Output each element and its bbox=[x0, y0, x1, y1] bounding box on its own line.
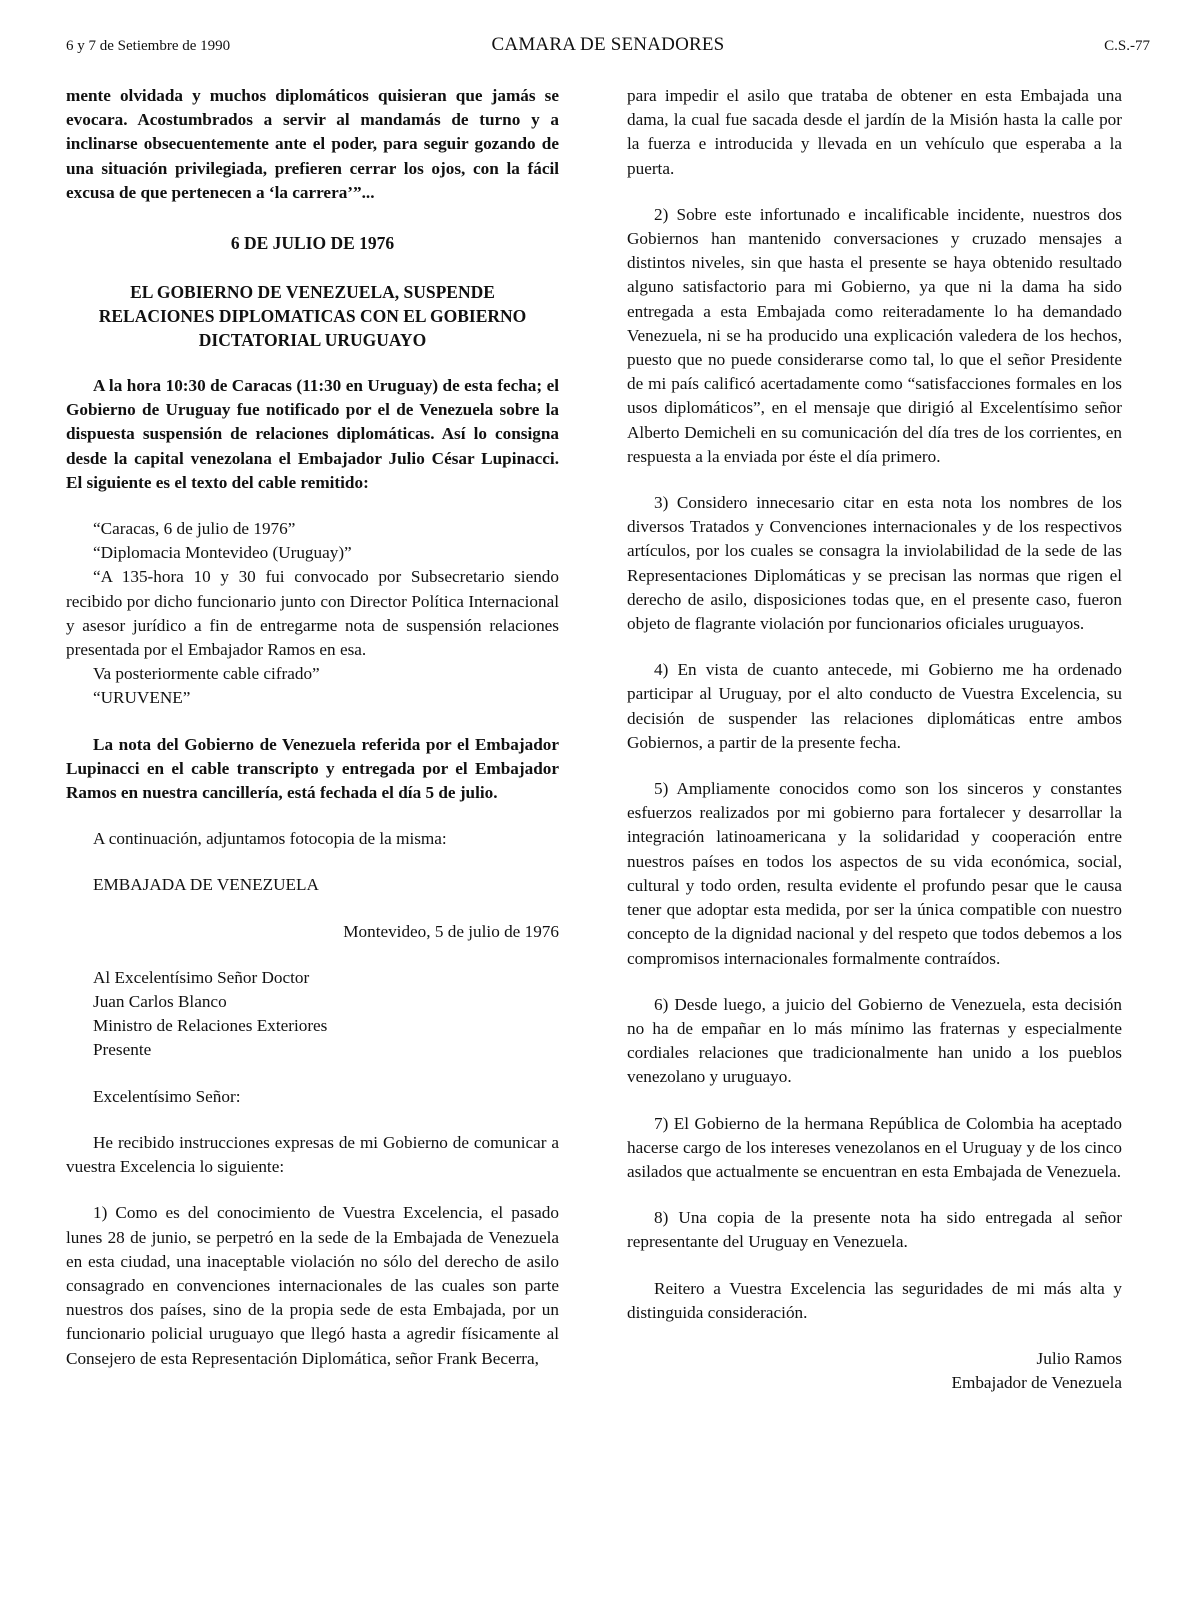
intro-paragraph: mente olvidada y muchos diplomáticos qui… bbox=[66, 84, 559, 205]
attachment-intro: A continuación, adjuntamos fotocopia de … bbox=[66, 827, 559, 851]
cable-line: “Caracas, 6 de julio de 1976” bbox=[66, 517, 559, 541]
addressee-line: Al Excelentísimo Señor Doctor bbox=[93, 966, 559, 990]
point-6: 6) Desde luego, a juicio del Gobierno de… bbox=[627, 993, 1122, 1090]
point-2: 2) Sobre este infortunado e incalificabl… bbox=[627, 203, 1122, 469]
point-1: 1) Como es del conocimiento de Vuestra E… bbox=[66, 1201, 559, 1370]
cable-line: Va posteriormente cable cifrado” bbox=[66, 662, 559, 686]
section-title-line: RELACIONES DIPLOMATICAS CON EL GOBIERNO bbox=[66, 304, 559, 328]
cable-line: “Diplomacia Montevideo (Uruguay)” bbox=[66, 541, 559, 565]
point-7: 7) El Gobierno de la hermana República d… bbox=[627, 1112, 1122, 1185]
salutation: Excelentísimo Señor: bbox=[66, 1085, 559, 1109]
right-column: para impedir el asilo que trataba de obt… bbox=[627, 84, 1122, 1395]
letter-place-date: Montevideo, 5 de julio de 1976 bbox=[66, 920, 559, 944]
point-1-continued: para impedir el asilo que trataba de obt… bbox=[627, 84, 1122, 181]
closing-paragraph: Reitero a Vuestra Excelencia las segurid… bbox=[627, 1277, 1122, 1325]
page-header: 6 y 7 de Setiembre de 1990 CAMARA DE SEN… bbox=[66, 34, 1150, 58]
instructions-paragraph: He recibido instrucciones expresas de mi… bbox=[66, 1131, 559, 1179]
note-paragraph: La nota del Gobierno de Venezuela referi… bbox=[66, 733, 559, 806]
point-4: 4) En vista de cuanto antecede, mi Gobie… bbox=[627, 658, 1122, 755]
point-5: 5) Ampliamente conocidos como son los si… bbox=[627, 777, 1122, 971]
cable-body: “A 135-hora 10 y 30 fui convocado por Su… bbox=[66, 565, 559, 662]
addressee-line: Presente bbox=[93, 1038, 559, 1062]
signature-block: Julio Ramos Embajador de Venezuela bbox=[627, 1347, 1122, 1395]
section-title: EL GOBIERNO DE VENEZUELA, SUSPENDE RELAC… bbox=[66, 280, 559, 352]
addressee-line: Juan Carlos Blanco bbox=[93, 990, 559, 1014]
embassy-heading: EMBAJADA DE VENEZUELA bbox=[66, 873, 559, 897]
notice-paragraph: A la hora 10:30 de Caracas (11:30 en Uru… bbox=[66, 374, 559, 495]
addressee-block: Al Excelentísimo Señor Doctor Juan Carlo… bbox=[66, 966, 559, 1063]
section-title-line: DICTATORIAL URUGUAYO bbox=[66, 328, 559, 352]
cable-text: “Caracas, 6 de julio de 1976” “Diplomaci… bbox=[66, 517, 559, 711]
point-3: 3) Considero innecesario citar en esta n… bbox=[627, 491, 1122, 636]
left-column: mente olvidada y muchos diplomáticos qui… bbox=[66, 84, 559, 1371]
section-title-line: EL GOBIERNO DE VENEZUELA, SUSPENDE bbox=[66, 280, 559, 304]
chamber-title: CAMARA DE SENADORES bbox=[66, 34, 1150, 56]
page-code: C.S.-77 bbox=[1104, 38, 1150, 55]
signature-name: Julio Ramos bbox=[627, 1347, 1122, 1371]
signature-title: Embajador de Venezuela bbox=[627, 1371, 1122, 1395]
addressee-line: Ministro de Relaciones Exteriores bbox=[93, 1014, 559, 1038]
cable-line: “URUVENE” bbox=[66, 686, 559, 710]
point-8: 8) Una copia de la presente nota ha sido… bbox=[627, 1206, 1122, 1254]
section-date: 6 DE JULIO DE 1976 bbox=[66, 231, 559, 255]
